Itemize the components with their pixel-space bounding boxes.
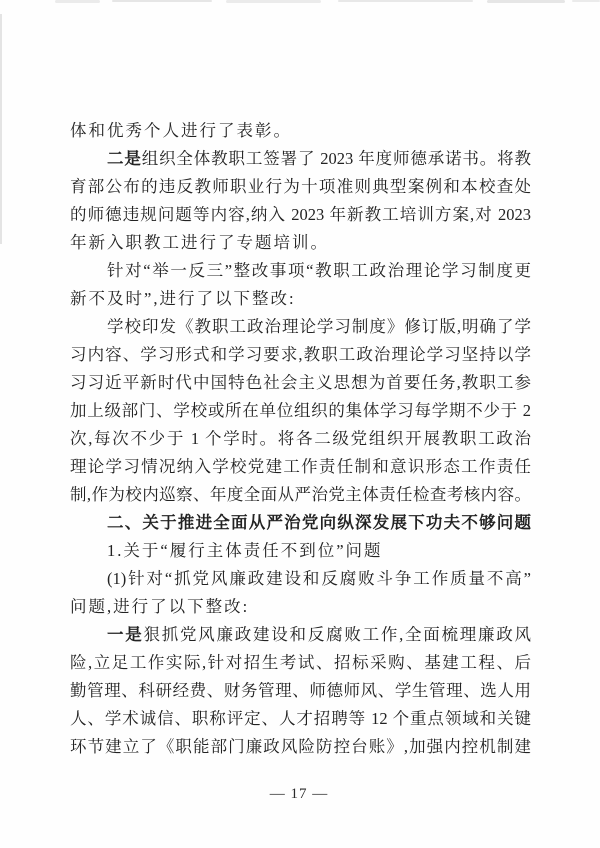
scan-artifact — [55, 0, 100, 3]
bold-lead-text: 二是 — [107, 149, 142, 168]
body-text: (1)针对“抓党风廉政建设和反腐败斗争工作质量不高” — [107, 569, 531, 588]
text-line: 学校印发《教职工政治理论学习制度》修订版,明确了学 — [70, 313, 531, 341]
body-text: 习习近平新时代中国特色社会主义思想为首要任务,教职工参 — [70, 373, 531, 392]
bold-lead-text: 二、关于推进全面从严治党向纵深发展下功夫不够问题 — [107, 513, 531, 532]
document-lines: 体和优秀个人进行了表彰。二是组织全体教职工签署了 2023 年度师德承诺书。将教… — [70, 117, 531, 761]
body-text: 1.关于“履行主体责任不到位”问题 — [107, 541, 383, 560]
body-text: 针对“举一反三”整改事项“教职工政治理论学习制度更 — [107, 261, 531, 280]
text-line: 二是组织全体教职工签署了 2023 年度师德承诺书。将教 — [70, 145, 531, 173]
scan-edge-line — [0, 14, 2, 244]
body-text: 加上级部门、学校或所在单位组织的集体学习每学期不少于 2 — [70, 401, 531, 420]
scan-artifact — [487, 0, 565, 3]
text-line: 理论学习情况纳入学校党建工作责任制和意识形态工作责任 — [70, 453, 531, 481]
bold-lead-text: 一是 — [107, 625, 144, 644]
scan-artifact — [226, 0, 321, 3]
text-line: 育部公布的违反教师职业行为十项准则典型案例和本校查处 — [70, 173, 531, 201]
text-line: 次,每次不少于 1 个学时。将各二级党组织开展教职工政治 — [70, 425, 531, 453]
scan-artifact — [572, 0, 600, 2]
text-line: 环节建立了《职能部门廉政风险防控台账》,加强内控机制建 — [70, 733, 531, 761]
body-text: 险,立足工作实际,针对招生考试、招标采购、基建工程、后 — [70, 653, 531, 672]
scan-artifact — [112, 0, 212, 2]
body-text: 学校印发《教职工政治理论学习制度》修订版,明确了学 — [107, 317, 531, 336]
body-text: 年新入职教工进行了专题培训。 — [70, 233, 329, 252]
body-text: 新不及时”,进行了以下整改: — [70, 289, 296, 308]
body-text: 问题,进行了以下整改: — [70, 597, 249, 616]
text-line: 的师德违规问题等内容,纳入 2023 年新教工培训方案,对 2023 — [70, 201, 531, 229]
body-text: 育部公布的违反教师职业行为十项准则典型案例和本校查处 — [70, 177, 531, 196]
text-line: (1)针对“抓党风廉政建设和反腐败斗争工作质量不高” — [70, 565, 531, 593]
body-text: 狠抓党风廉政建设和反腐败工作,全面梳理廉政风 — [144, 625, 531, 644]
text-line: 二、关于推进全面从严治党向纵深发展下功夫不够问题 — [70, 509, 531, 537]
body-text: 次,每次不少于 1 个学时。将各二级党组织开展教职工政治 — [70, 429, 531, 448]
text-line: 针对“举一反三”整改事项“教职工政治理论学习制度更 — [70, 257, 531, 285]
text-line: 问题,进行了以下整改: — [70, 593, 531, 621]
text-line: 习内容、学习形式和学习要求,教职工政治理论学习坚持以学 — [70, 341, 531, 369]
body-text: 人、学术诚信、职称评定、人才招聘等 12 个重点领域和关键 — [70, 709, 531, 728]
body-text: 的师德违规问题等内容,纳入 2023 年新教工培训方案,对 2023 — [70, 205, 531, 224]
text-line: 勤管理、科研经费、财务管理、师德师风、学生管理、选人用 — [70, 677, 531, 705]
body-text: 习内容、学习形式和学习要求,教职工政治理论学习坚持以学 — [70, 345, 531, 364]
document-page: 体和优秀个人进行了表彰。二是组织全体教职工签署了 2023 年度师德承诺书。将教… — [0, 0, 600, 848]
page-number: — 17 — — [0, 786, 598, 803]
body-text: 勤管理、科研经费、财务管理、师德师风、学生管理、选人用 — [70, 681, 531, 700]
text-line: 加上级部门、学校或所在单位组织的集体学习每学期不少于 2 — [70, 397, 531, 425]
body-text: 理论学习情况纳入学校党建工作责任制和意识形态工作责任 — [70, 457, 531, 476]
body-text: 环节建立了《职能部门廉政风险防控台账》,加强内控机制建 — [70, 737, 531, 756]
text-line: 人、学术诚信、职称评定、人才招聘等 12 个重点领域和关键 — [70, 705, 531, 733]
text-line: 年新入职教工进行了专题培训。 — [70, 229, 531, 257]
body-text: 体和优秀个人进行了表彰。 — [70, 121, 292, 140]
text-line: 制,作为校内巡察、年度全面从严治党主体责任检查考核内容。 — [70, 481, 531, 509]
text-line: 险,立足工作实际,针对招生考试、招标采购、基建工程、后 — [70, 649, 531, 677]
text-line: 体和优秀个人进行了表彰。 — [70, 117, 531, 145]
scan-artifact — [338, 0, 473, 2]
text-line: 1.关于“履行主体责任不到位”问题 — [70, 537, 531, 565]
text-line: 习习近平新时代中国特色社会主义思想为首要任务,教职工参 — [70, 369, 531, 397]
body-text: 制,作为校内巡察、年度全面从严治党主体责任检查考核内容。 — [70, 485, 531, 504]
text-line: 一是狠抓党风廉政建设和反腐败工作,全面梳理廉政风 — [70, 621, 531, 649]
body-text: 组织全体教职工签署了 2023 年度师德承诺书。将教 — [142, 149, 531, 168]
text-line: 新不及时”,进行了以下整改: — [70, 285, 531, 313]
